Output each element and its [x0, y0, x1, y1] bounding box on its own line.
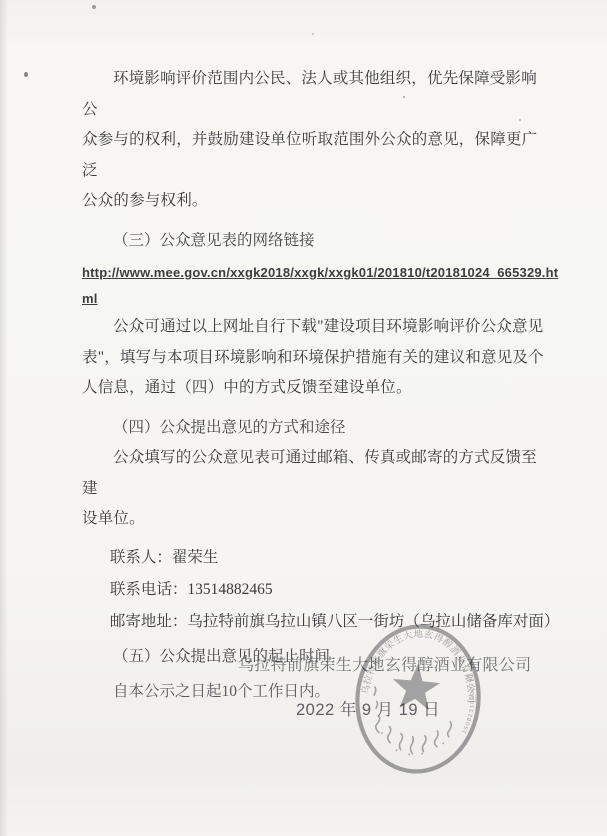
section-4-heading: （四）公众提出意见的方式和途径	[82, 413, 550, 444]
opinion-form-link[interactable]: http://www.mee.gov.cn/xxgk2018/xxgk/xxgk…	[82, 260, 550, 312]
paragraph-participation-rights: 环境影响评价范围内公民、法人或其他组织，优先保障受影响公 众参与的权利，并鼓励建…	[82, 64, 550, 217]
document-page: 环境影响评价范围内公民、法人或其他组织，优先保障受影响公 众参与的权利，并鼓励建…	[0, 0, 607, 836]
scan-speck	[92, 5, 96, 9]
company-seal-stamp: 乌拉特前旗荣生大地玄得醇酒业有限公司 15082310000797	[348, 618, 489, 781]
section-3-heading: （三）公众意见表的网络链接	[82, 226, 550, 257]
scan-speck	[312, 33, 314, 35]
paragraph-feedback-methods: 公众填写的公众意见表可通过邮箱、传真或邮寄的方式反馈至建 设单位。	[82, 443, 550, 535]
scan-speck	[24, 72, 28, 77]
contact-phone: 联系电话：13514882465	[82, 574, 550, 606]
paragraph-download-instructions: 公众可通过以上网址自行下载"建设项目环境影响评价公众意见 表"，填写与本项目环境…	[82, 312, 550, 404]
notice-body: 环境影响评价范围内公民、法人或其他组织，优先保障受影响公 众参与的权利，并鼓励建…	[82, 64, 550, 708]
contact-person: 联系人：翟荣生	[82, 542, 550, 574]
scan-edge-shadow	[0, 0, 8, 836]
stamp-star	[390, 662, 441, 711]
